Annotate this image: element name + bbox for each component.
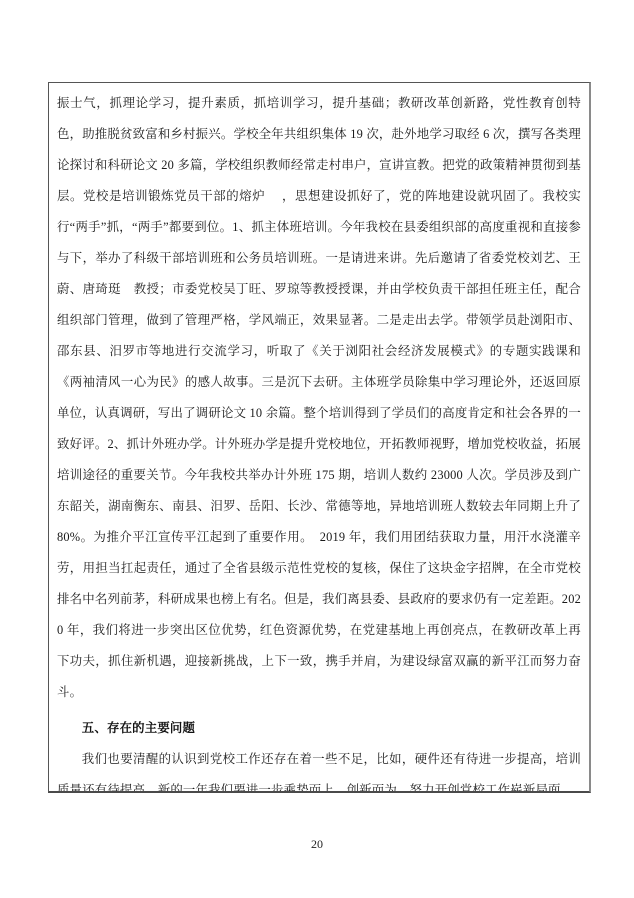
page-number: 20: [0, 836, 634, 852]
section-heading: 五、存在的主要问题: [57, 713, 581, 744]
content-table-cell: 振士气，抓理论学习，提升素质，抓培训学习，提升基础；教研改革创新路，党性教育创特…: [48, 82, 591, 793]
document-page: 振士气，抓理论学习，提升素质，抓培训学习，提升基础；教研改革创新路，党性教育创特…: [0, 0, 634, 898]
body-paragraph-continuation: 振士气，抓理论学习，提升素质，抓培训学习，提升基础；教研改革创新路，党性教育创特…: [57, 88, 581, 708]
closing-paragraph: 我们也要清醒的认识到党校工作还存在着一些不足，比如，硬件还有待进一步提高，培训质…: [57, 744, 581, 793]
